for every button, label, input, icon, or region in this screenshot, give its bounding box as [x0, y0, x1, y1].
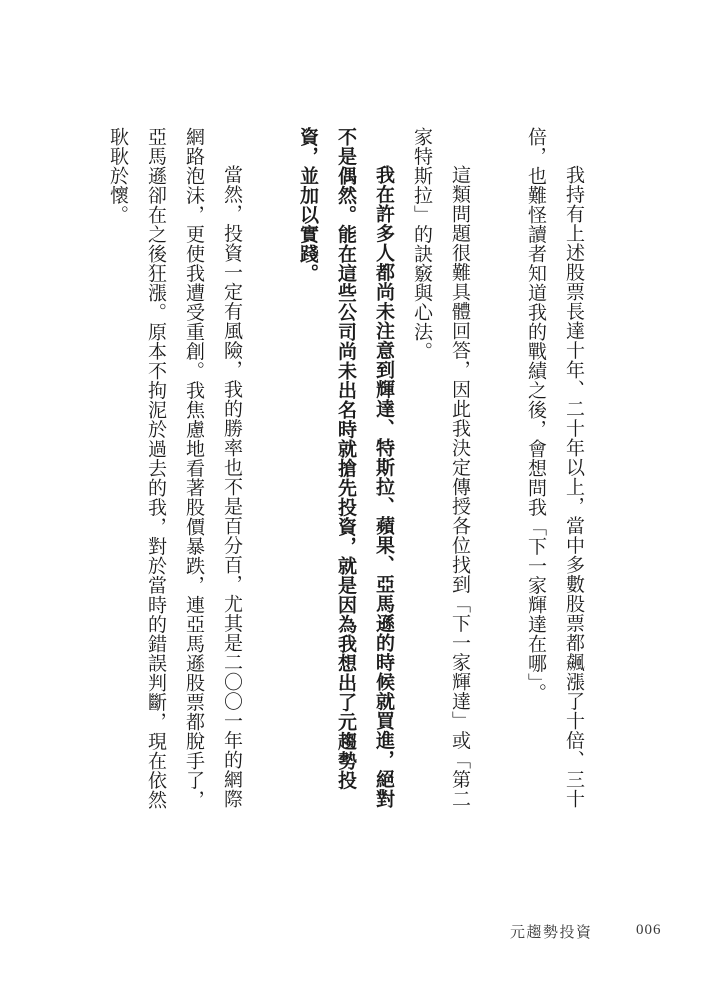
page-number: 006 [636, 922, 662, 939]
paragraph-holdings: 我持有上述股票長達十年、二十年以上，當中多數股票都飆漲了十倍、三十倍，也難怪讀者… [516, 127, 592, 815]
paragraph-risk: 當然，投資一定有風險，我的勝率也不是百分百，尤其是二〇〇一年的網際網路泡沫，更使… [98, 127, 250, 815]
paragraph-key-point-bold: 我在許多人都尚未注意到輝達、特斯拉、蘋果、亞馬遜的時候就買進，絕對不是偶然。能在… [288, 127, 402, 815]
vertical-text-block: 我持有上述股票長達十年、二十年以上，當中多數股票都飆漲了十倍、三十倍，也難怪讀者… [98, 127, 592, 815]
paragraph-question: 這類問題很難具體回答，因此我決定傳授各位找到「下一家輝達」或「第二家特斯拉」的訣… [402, 127, 478, 815]
book-page: 我持有上述股票長達十年、二十年以上，當中多數股票都飆漲了十倍、三十倍，也難怪讀者… [0, 0, 711, 1000]
running-title: 元趨勢投資 [510, 921, 593, 942]
